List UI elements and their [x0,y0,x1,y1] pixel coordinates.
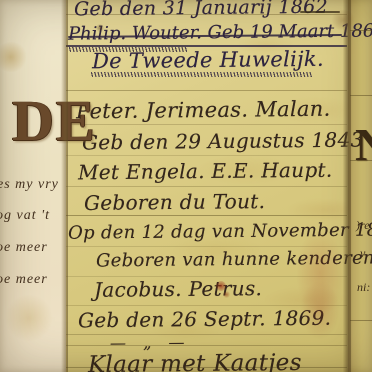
ruled-line [66,345,347,346]
right-page-rule [350,95,372,96]
right-page-fragment: )re [356,218,370,233]
ruled-line [66,186,347,187]
hatched-underline [90,72,312,77]
printed-fragment: oe meer [0,240,48,256]
ruled-line [66,334,347,335]
register-photo: Geb den 31 Januarij 1862 Philip. Wouter.… [0,0,372,372]
entry-line-geboren-du-tout: Geboren du Tout. [84,189,265,215]
right-page-fragment: ni: [357,280,370,295]
ruled-line [66,246,347,247]
right-page-rule [350,30,372,31]
ruled-line [66,155,347,156]
printed-fragment: oe meer [0,272,48,288]
entry-line-philip-wouter: Philip. Wouter. Geb 19 Maart 1863 [68,20,372,44]
page-fold-shadow [61,0,68,372]
entry-line-november-1866: Op den 12 dag van November 1866 [68,219,372,243]
right-page-initial-fragment: N [355,122,372,168]
trailing-dash [300,11,340,13]
entry-line-geb-1843: Geb den 29 Augustus 1843 [82,128,364,155]
ruled-line [66,215,347,216]
right-page-rule [350,320,372,321]
ornamental-initial-DE: DE [12,92,97,150]
entry-line-klaar-met-kaatjes: Klaar met Kaatjes [88,350,302,372]
ruled-line [66,124,347,125]
entry-line-hunne-kenderen: Geboren van hunne kenderen [96,248,372,272]
right-page-sliver [348,0,372,372]
page-fold-shadow [343,0,351,372]
right-page-fragment: v [360,246,365,261]
entry-line-tweede-huwelijk: De Tweede Huwelijk. [92,47,324,73]
entry-line-peter-malan: Peter. Jerimeas. Malan. [76,97,331,124]
ditto-mark: — „ — [110,333,191,353]
entry-line-jacobus-petrus: Jacobus. Petrus. [94,276,262,302]
printed-fragment: og vat 't [0,208,50,224]
printed-fragment: es my vry [0,177,59,193]
entry-line-geb-1869: Geb den 26 Septr. 1869. [78,306,332,333]
entry-line-geb-1862: Geb den 31 Januarij 1862 [74,0,328,20]
ruled-line [66,90,347,91]
entry-line-engela-haupt: Met Engela. E.E. Haupt. [78,158,333,185]
